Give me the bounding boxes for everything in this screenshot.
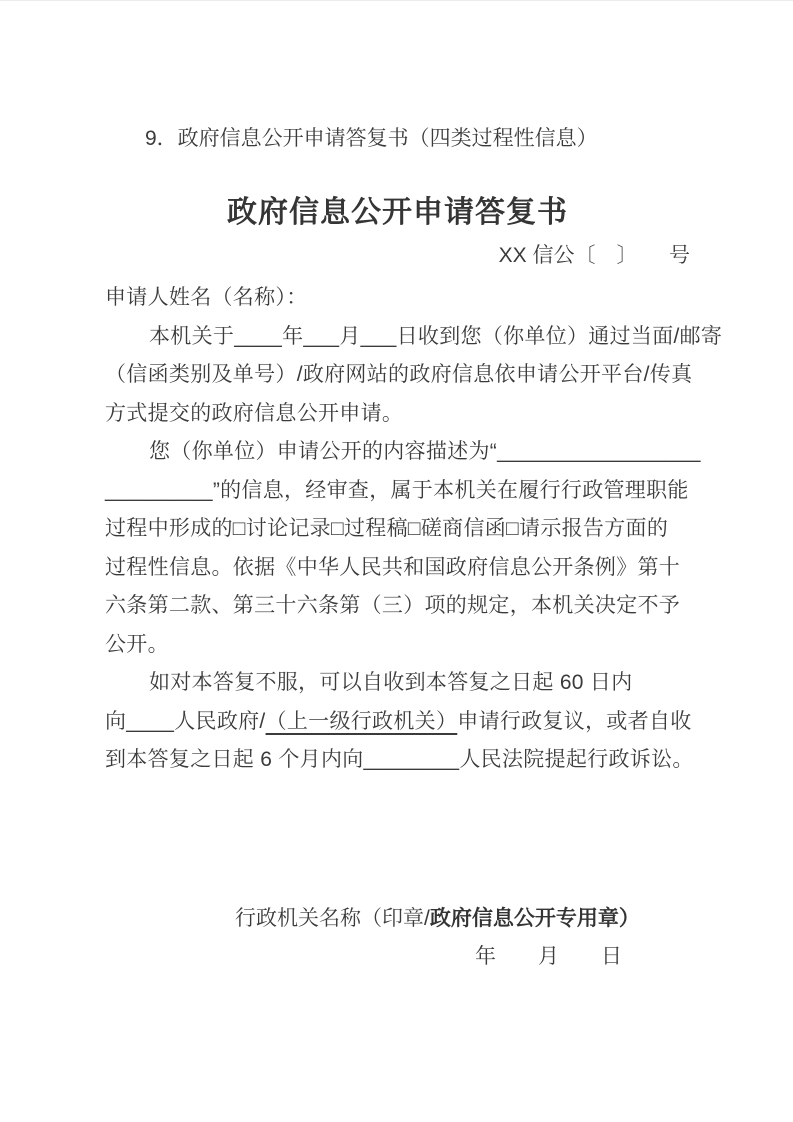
document-footer: 行政机关名称（印章/政府信息公开专用章） 年 月 日 [105, 900, 690, 977]
paragraph3-line1: 如对本答复不服，可以自收到本答复之日起 60 日内 [105, 664, 690, 703]
document-body: 申请人姓名（名称）： 本机关于____年___月___日收到您（你单位）通过当面… [105, 279, 690, 780]
agency-signature-line: 行政机关名称（印章/政府信息公开专用章） [105, 900, 690, 939]
paragraph3-line2: 向____人民政府/（上一级行政机关）申请行政复议，或者自收 [105, 703, 690, 742]
paragraph3-line2-pre: 向____人民政府/ [105, 710, 266, 733]
paragraph2-line3: 过程中形成的□讨论记录□过程稿□磋商信函□请示报告方面的 [105, 510, 690, 549]
date-line: 年 月 日 [105, 938, 690, 977]
paragraph1-line3: 方式提交的政府信息公开申请。 [105, 395, 690, 434]
paragraph2-line1: 您（你单位）申请公开的内容描述为“_________________ [105, 433, 690, 472]
paragraph2-line4: 过程性信息。依据《中华人民共和国政府信息公开条例》第十 [105, 549, 690, 588]
paragraph2-line6: 公开。 [105, 626, 690, 665]
header-note: 9．政府信息公开申请答复书（四类过程性信息） [105, 126, 690, 152]
paragraph2-line5: 六条第二款、第三十六条第（三）项的规定，本机关决定不予 [105, 587, 690, 626]
applicant-name-label: 申请人姓名（名称）： [105, 279, 690, 318]
page-title: 政府信息公开申请答复书 [105, 194, 690, 232]
document-page: 9．政府信息公开申请答复书（四类过程性信息） 政府信息公开申请答复书 XX 信公… [0, 0, 793, 1122]
paragraph2-line2: _________”的信息，经审查，属于本机关在履行行政管理职能 [105, 472, 690, 511]
paragraph3-line3: 到本答复之日起 6 个月内向________人民法院提起行政诉讼。 [105, 741, 690, 780]
paragraph1-line1: 本机关于____年___月___日收到您（你单位）通过当面/邮寄 [105, 318, 690, 357]
paragraph3-line2-post: 申请行政复议，或者自收 [457, 710, 691, 733]
agency-name-label: 行政机关名称（印章/ [235, 907, 430, 930]
doc-number-line: XX 信公〔 〕 号 [105, 242, 690, 270]
paragraph3-line2-underlined-phrase: （上一级行政机关） [266, 710, 458, 733]
paragraph1-line2: （信函类别及单号）/政府网站的政府信息依申请公开平台/传真 [105, 356, 690, 395]
stamp-bold-label: 政府信息公开专用章） [430, 907, 640, 930]
